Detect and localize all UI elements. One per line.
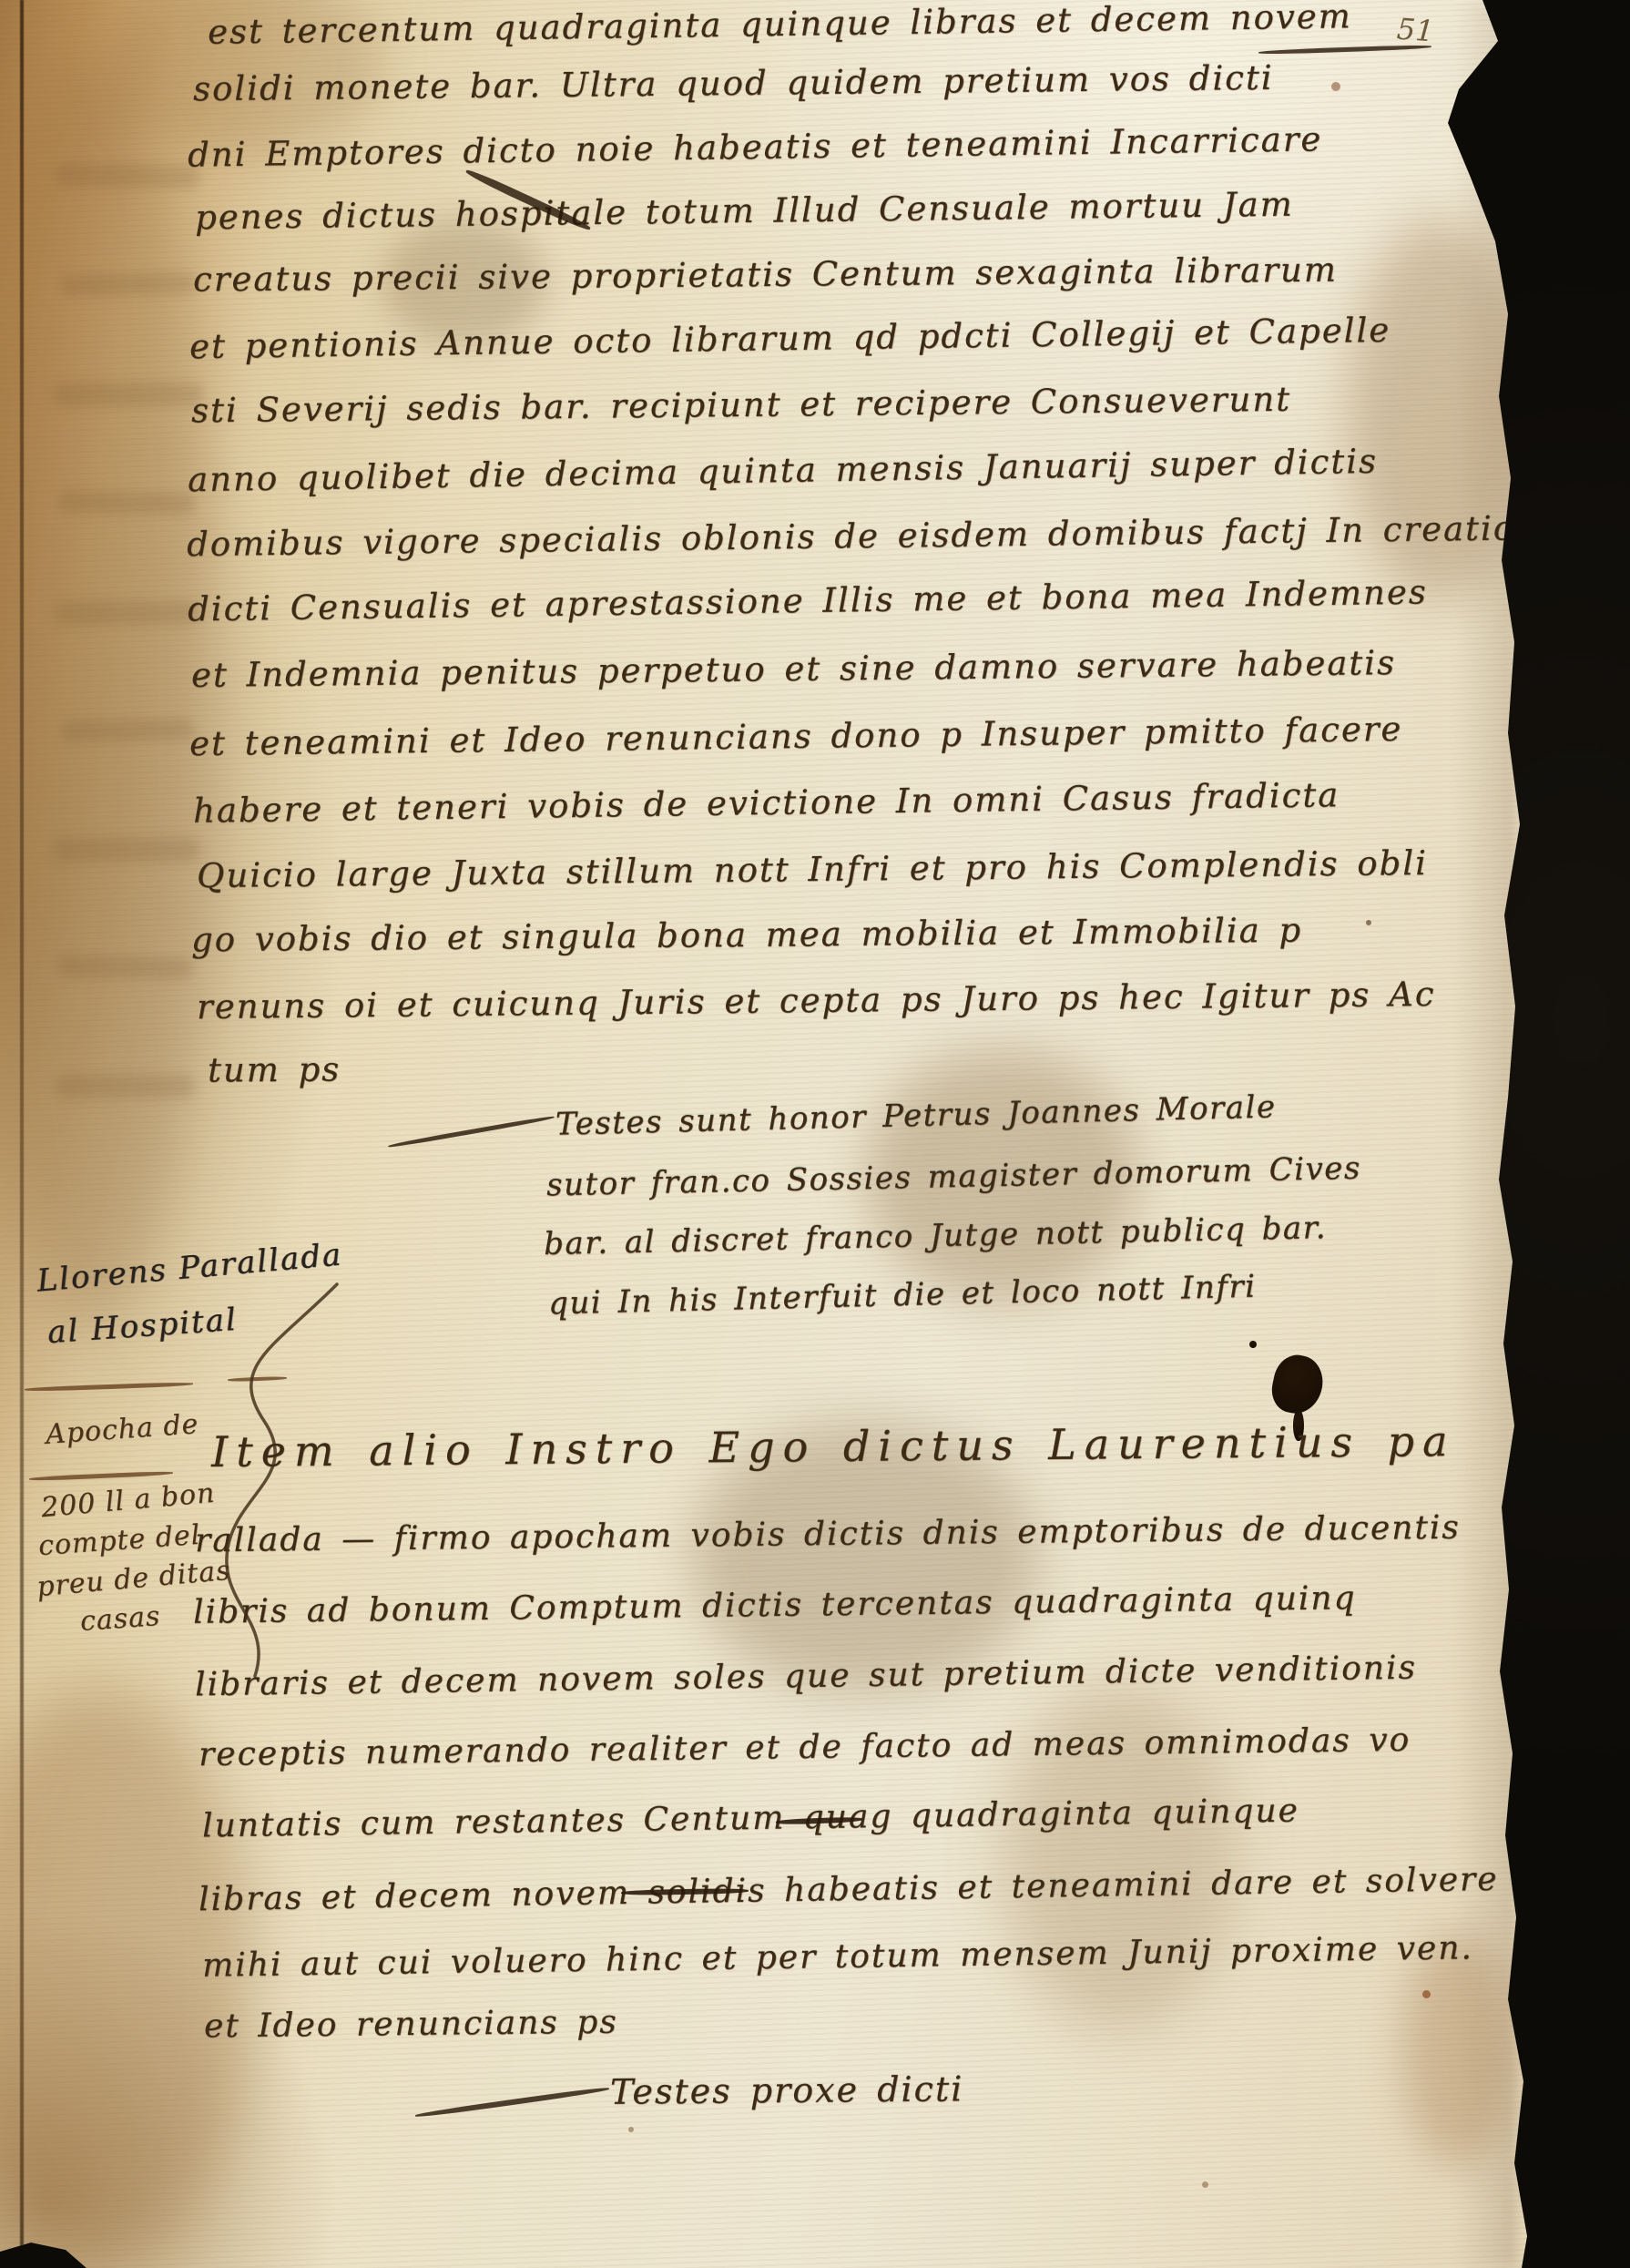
closing-renunciation-line: et Ideo renuncians ps bbox=[204, 2002, 618, 2048]
apocha-line: Item alio Instro Ego dictus Laurentius p… bbox=[211, 1415, 1456, 1478]
ink-speck bbox=[628, 2127, 634, 2132]
ink-speck bbox=[1202, 2181, 1208, 2188]
folio-number: 51 bbox=[1396, 12, 1435, 49]
manuscript-page: 51 est tercentum quadraginta quinque lib… bbox=[0, 0, 1630, 2268]
ink-speck bbox=[1366, 920, 1371, 925]
photo-background: 51 est tercentum quadraginta quinque lib… bbox=[0, 0, 1630, 2268]
closing-testes-line: Testes proxe dicti bbox=[610, 2068, 964, 2114]
ink-speck bbox=[1331, 82, 1340, 91]
ink-blot-spatter bbox=[1249, 1341, 1257, 1348]
ink-speck bbox=[1422, 1990, 1431, 1998]
